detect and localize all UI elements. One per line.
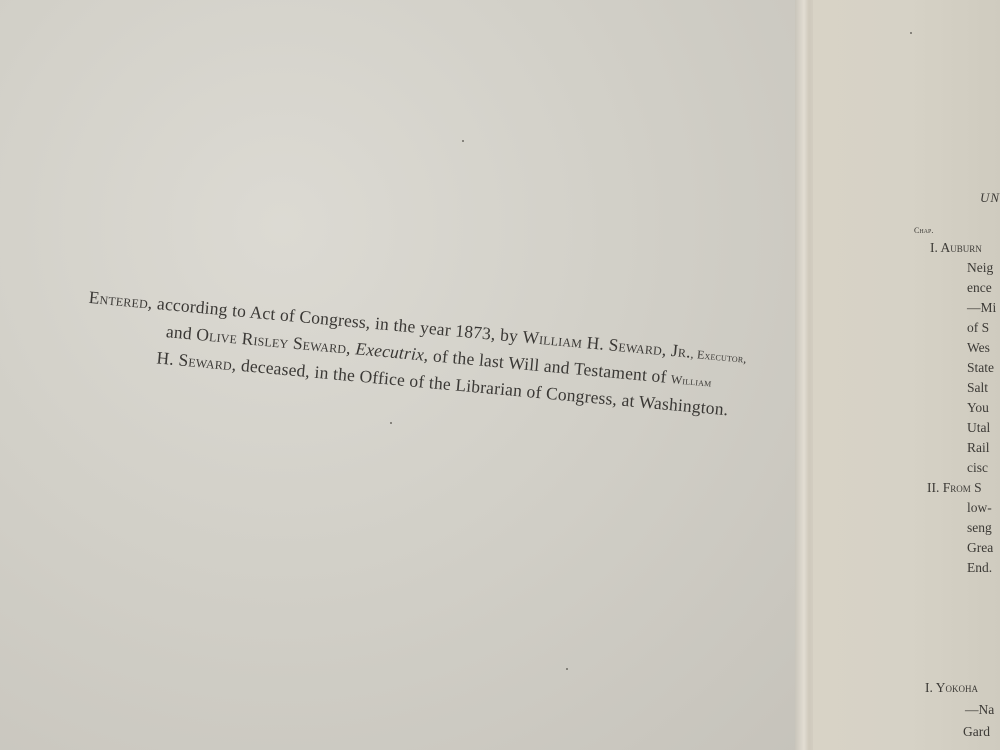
toc-line: You — [967, 400, 989, 416]
entered-word: Entered — [88, 287, 149, 312]
toc-line: Rail — [967, 440, 990, 456]
toc-line: Salt — [967, 380, 988, 396]
notice-text: and — [165, 321, 197, 344]
toc-line: State — [967, 360, 994, 376]
toc-line: of S — [967, 320, 989, 336]
toc-line: Gard — [963, 724, 990, 740]
copyright-notice: Entered, according to Act of Congress, i… — [83, 285, 747, 423]
paper-speck — [910, 32, 912, 34]
testator-surname: H. Seward — [156, 347, 233, 374]
executrix-role: Executrix — [355, 338, 425, 364]
paper-speck — [566, 668, 568, 670]
left-book-page: Entered, according to Act of Congress, i… — [0, 0, 805, 750]
toc-line: Wes — [967, 340, 990, 356]
toc-header: UN — [980, 190, 1000, 206]
toc-line: Grea — [967, 540, 993, 556]
toc-line: low- — [967, 500, 992, 516]
book-gutter — [795, 0, 815, 750]
toc-line: cisc — [967, 460, 988, 476]
paper-speck — [462, 140, 464, 142]
testator-first-name: William — [670, 372, 712, 390]
toc-chapter-2: II. From S — [927, 480, 982, 496]
executor-label: , Executor, — [690, 347, 747, 366]
toc-line: Neig — [967, 260, 993, 276]
toc-line: —Na — [965, 702, 994, 718]
toc-line: Utal — [967, 420, 990, 436]
toc-chapter-1-part2: I. Yokoha — [925, 680, 978, 696]
toc-chapter-1: I. Auburn — [930, 240, 982, 256]
toc-line: seng — [967, 520, 992, 536]
toc-line: ence — [967, 280, 992, 296]
toc-line: —Mi — [967, 300, 996, 316]
paper-speck — [390, 422, 392, 424]
toc-line: End. — [967, 560, 992, 576]
chap-label: Chap. — [914, 226, 933, 235]
